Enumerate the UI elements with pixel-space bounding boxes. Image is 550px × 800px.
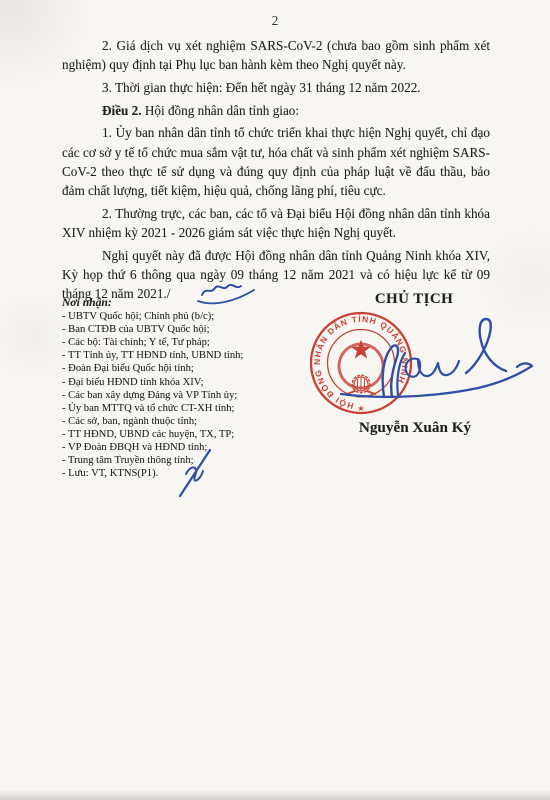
seal-text-path xyxy=(320,322,402,403)
recipient-item: - Ủy ban MTTQ và tổ chức CT-XH tỉnh; xyxy=(62,402,272,415)
recipient-item: - Ban CTĐB của UBTV Quốc hội; xyxy=(62,323,272,336)
signature-title: CHỦ TỊCH xyxy=(333,291,495,308)
seal-outer-ring xyxy=(311,313,411,413)
recipient-item: - Các ban xây dựng Đảng và VP Tỉnh ủy; xyxy=(62,389,272,402)
paragraph: 1. Ủy ban nhân dân tỉnh tổ chức triển kh… xyxy=(62,123,490,200)
official-seal-and-signature: HỘI ĐỒNG NHÂN DÂN TỈNH QUẢNG NINH ★ xyxy=(305,306,540,418)
recipient-item: - TT Tỉnh ủy, TT HĐND tỉnh, UBND tỉnh; xyxy=(62,349,272,362)
recipients-label: Nơi nhận: xyxy=(62,296,272,309)
seal-ring-text: HỘI ĐỒNG NHÂN DÂN TỈNH QUẢNG NINH xyxy=(312,313,410,411)
national-emblem xyxy=(339,340,383,397)
recipient-item: - Lưu: VT, KTNS(P1). xyxy=(62,467,272,480)
recipients-block: Nơi nhận: - UBTV Quốc hội; Chính phủ (b/… xyxy=(62,296,272,480)
recipient-item: - Trung tâm Truyền thông tỉnh; xyxy=(62,454,272,467)
paragraph-text: Hội đồng nhân dân tỉnh giao: xyxy=(142,103,300,118)
signature-left-loop xyxy=(383,345,398,397)
paragraph: 3. Thời gian thực hiện: Đến hết ngày 31 … xyxy=(62,78,490,97)
seal-star-separator: ★ xyxy=(357,404,364,413)
page-number: 2 xyxy=(0,13,550,29)
recipient-item: - TT HĐND, UBND các huyện, TX, TP; xyxy=(62,428,272,441)
seal-ring-text-run: HỘI ĐỒNG NHÂN DÂN TỈNH QUẢNG NINH xyxy=(312,313,410,411)
paragraph-article-heading: Điều 2. Hội đồng nhân dân tỉnh giao: xyxy=(62,101,490,120)
signature-middle-letters xyxy=(406,359,459,377)
paragraph-text: 2. Thường trực, các ban, các tổ và Đại b… xyxy=(62,206,490,240)
signature-underline xyxy=(341,363,532,396)
emblem-cog-lines xyxy=(358,378,365,390)
signature-left-stroke xyxy=(397,353,405,395)
paragraph-text: 2. Giá dịch vụ xét nghiệm SARS-CoV-2 (ch… xyxy=(62,38,490,72)
seal-inner-ring xyxy=(328,330,395,397)
emblem-cog-icon xyxy=(354,377,368,391)
emblem-star-icon xyxy=(351,340,371,359)
emblem-cog-teeth xyxy=(352,375,370,393)
recipient-item: - Các bộ: Tài chính; Y tế, Tư pháp; xyxy=(62,336,272,349)
article-label: Điều 2. xyxy=(102,103,142,118)
recipient-item: - Đại biểu HĐND tỉnh khóa XIV; xyxy=(62,376,272,389)
signature-right-loop xyxy=(466,319,506,373)
signer-name: Nguyễn Xuân Ký xyxy=(325,419,505,437)
document-body: 2. Giá dịch vụ xét nghiệm SARS-CoV-2 (ch… xyxy=(62,36,490,307)
emblem-rice-wreath xyxy=(339,344,383,388)
paragraph-text: 3. Thời gian thực hiện: Đến hết ngày 31 … xyxy=(102,80,421,95)
paragraph: 2. Giá dịch vụ xét nghiệm SARS-CoV-2 (ch… xyxy=(62,36,490,74)
paragraph: 2. Thường trực, các ban, các tổ và Đại b… xyxy=(62,204,490,242)
official-seal: HỘI ĐỒNG NHÂN DÂN TỈNH QUẢNG NINH ★ xyxy=(311,313,411,413)
recipient-item: - VP Đoàn ĐBQH và HĐND tỉnh; xyxy=(62,441,272,454)
signature-stroke xyxy=(341,319,532,397)
paragraph-text: 1. Ủy ban nhân dân tỉnh tổ chức triển kh… xyxy=(62,125,490,198)
recipient-item: - Đoàn Đại biểu Quốc hội tỉnh; xyxy=(62,362,272,375)
recipient-item: - Các sở, ban, ngành thuộc tỉnh; xyxy=(62,415,272,428)
recipient-item: - UBTV Quốc hội; Chính phủ (b/c); xyxy=(62,310,272,323)
emblem-ribbon xyxy=(347,391,375,397)
document-page: 2 2. Giá dịch vụ xét nghiệm SARS-CoV-2 (… xyxy=(0,0,550,800)
